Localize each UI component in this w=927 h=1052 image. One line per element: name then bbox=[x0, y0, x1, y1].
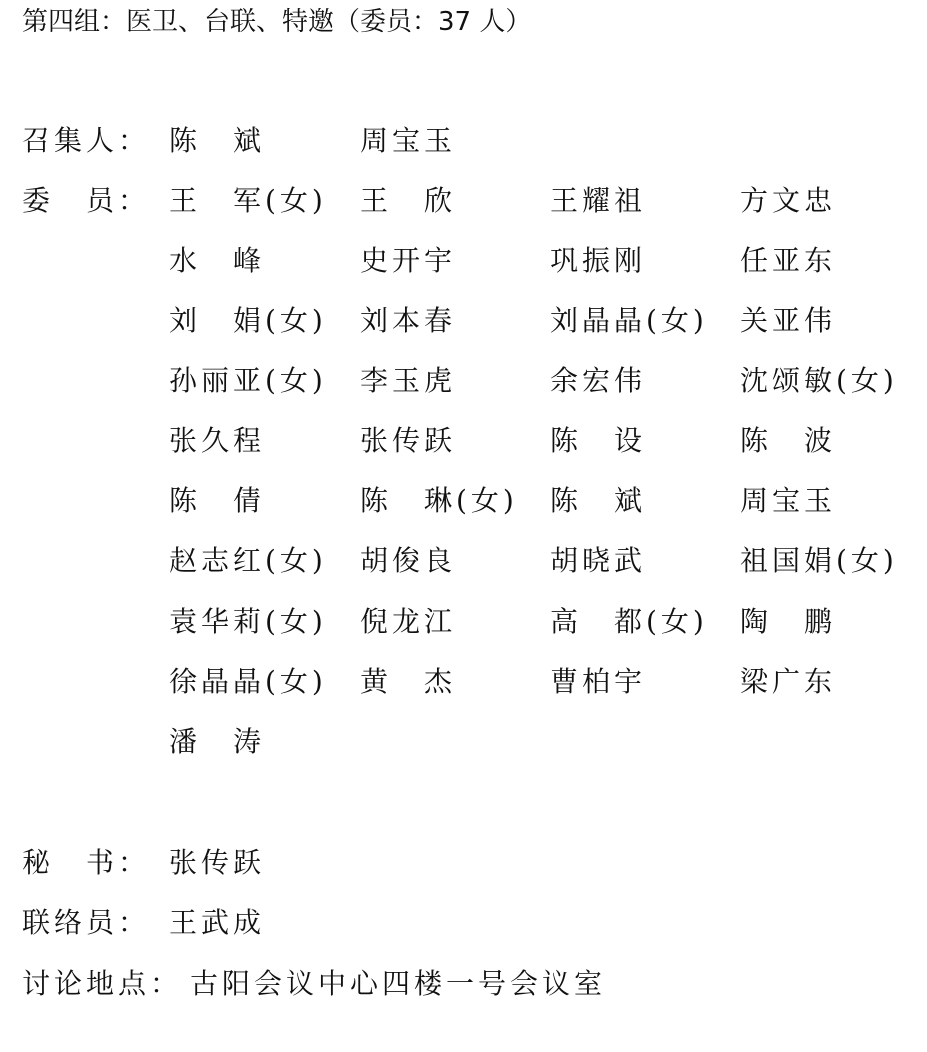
member-name: 张久程 bbox=[169, 421, 265, 461]
member-name: 陈 设 bbox=[550, 421, 646, 461]
member-name: 任亚东 bbox=[740, 241, 836, 281]
member-name: 黄 杰 bbox=[360, 662, 456, 702]
member-name: 水 峰 bbox=[169, 241, 265, 281]
members-row: 袁华莉(女) 倪龙江 高 都(女) 陶 鹏 bbox=[0, 602, 927, 642]
members-row: 水 峰 史开宇 巩振刚 任亚东 bbox=[0, 241, 927, 281]
member-name: 倪龙江 bbox=[360, 602, 456, 642]
venue-value: 古阳会议中心四楼一号会议室 bbox=[190, 964, 606, 1004]
members-row: 孙丽亚(女) 李玉虎 余宏伟 沈颂敏(女) bbox=[0, 361, 927, 401]
member-name: 陈 斌 bbox=[550, 481, 646, 521]
member-name: 赵志红(女) bbox=[169, 541, 327, 581]
venue-row: 讨论地点： 古阳会议中心四楼一号会议室 bbox=[0, 964, 927, 1004]
members-row: 徐晶晶(女) 黄 杰 曹柏宇 梁广东 bbox=[0, 662, 927, 702]
member-name: 徐晶晶(女) bbox=[169, 662, 327, 702]
members-row: 陈 倩 陈 琳(女) 陈 斌 周宝玉 bbox=[0, 481, 927, 521]
group-title: 第四组：医卫、台联、特邀（委员：37 人） bbox=[22, 4, 531, 40]
member-name: 孙丽亚(女) bbox=[169, 361, 327, 401]
member-name: 袁华莉(女) bbox=[169, 602, 327, 642]
members-label: 委 员： bbox=[22, 181, 150, 221]
member-name: 刘本春 bbox=[360, 301, 456, 341]
convener-name: 周宝玉 bbox=[360, 121, 456, 161]
members-row: 潘 涛 bbox=[0, 722, 927, 762]
members-row: 委 员： 王 军(女) 王 欣 王耀祖 方文忠 bbox=[0, 181, 927, 221]
secretary-name: 张传跃 bbox=[169, 843, 265, 883]
member-name: 巩振刚 bbox=[550, 241, 646, 281]
member-name: 陈 琳(女) bbox=[360, 481, 518, 521]
liaison-label: 联络员： bbox=[22, 903, 150, 943]
member-name: 王耀祖 bbox=[550, 181, 646, 221]
member-name: 王 欣 bbox=[360, 181, 456, 221]
member-name: 梁广东 bbox=[740, 662, 836, 702]
member-name: 张传跃 bbox=[360, 421, 456, 461]
conveners-row: 召集人： 陈 斌 周宝玉 bbox=[0, 121, 927, 161]
member-name: 高 都(女) bbox=[550, 602, 708, 642]
liaison-row: 联络员： 王武成 bbox=[0, 903, 927, 943]
member-name: 曹柏宇 bbox=[550, 662, 646, 702]
member-name: 刘晶晶(女) bbox=[550, 301, 708, 341]
conveners-label: 召集人： bbox=[22, 121, 150, 161]
member-name: 陈 波 bbox=[740, 421, 836, 461]
member-name: 陈 倩 bbox=[169, 481, 265, 521]
member-name: 沈颂敏(女) bbox=[740, 361, 898, 401]
member-name: 潘 涛 bbox=[169, 722, 265, 762]
secretary-label: 秘 书： bbox=[22, 843, 150, 883]
member-name: 李玉虎 bbox=[360, 361, 456, 401]
secretary-row: 秘 书： 张传跃 bbox=[0, 843, 927, 883]
member-name: 王 军(女) bbox=[169, 181, 327, 221]
member-name: 胡晓武 bbox=[550, 541, 646, 581]
member-name: 余宏伟 bbox=[550, 361, 646, 401]
member-name: 方文忠 bbox=[740, 181, 836, 221]
members-row: 刘 娟(女) 刘本春 刘晶晶(女) 关亚伟 bbox=[0, 301, 927, 341]
member-name: 周宝玉 bbox=[740, 481, 836, 521]
member-name: 陶 鹏 bbox=[740, 602, 836, 642]
member-name: 刘 娟(女) bbox=[169, 301, 327, 341]
members-row: 张久程 张传跃 陈 设 陈 波 bbox=[0, 421, 927, 461]
member-name: 胡俊良 bbox=[360, 541, 456, 581]
member-name: 史开宇 bbox=[360, 241, 456, 281]
venue-label: 讨论地点： bbox=[22, 964, 182, 1004]
member-name: 祖国娟(女) bbox=[740, 541, 898, 581]
member-name: 关亚伟 bbox=[740, 301, 836, 341]
convener-name: 陈 斌 bbox=[169, 121, 265, 161]
members-row: 赵志红(女) 胡俊良 胡晓武 祖国娟(女) bbox=[0, 541, 927, 581]
liaison-name: 王武成 bbox=[169, 903, 265, 943]
